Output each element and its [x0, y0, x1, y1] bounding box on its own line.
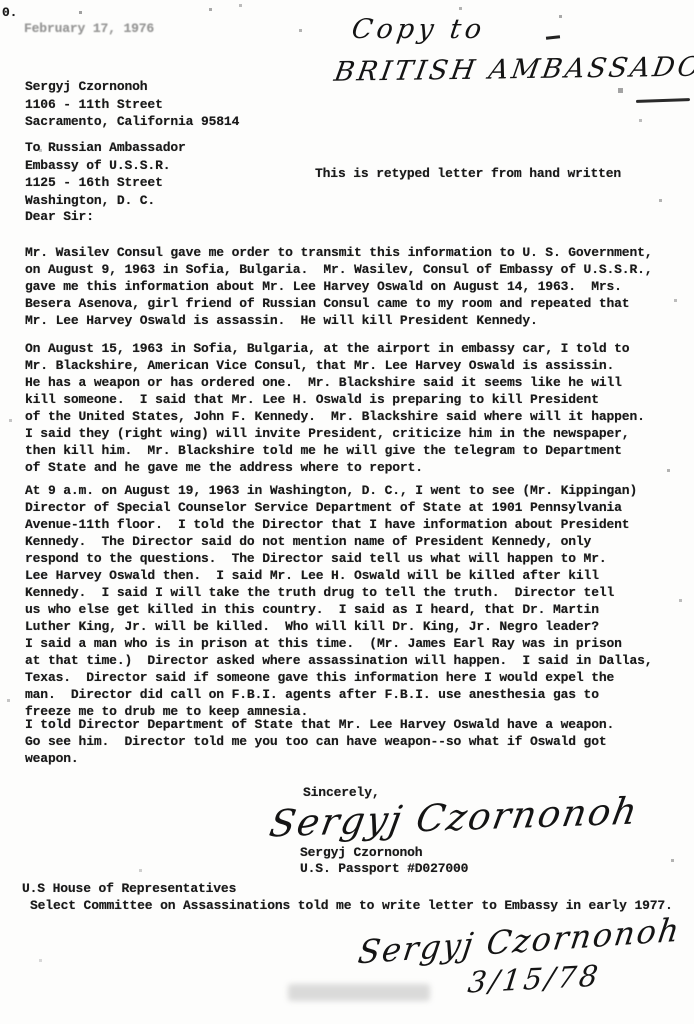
corner-mark: 0. — [2, 4, 17, 22]
recipient-line3: 1125 - 16th Street — [25, 175, 163, 190]
faded-date-line: February 17, 1976 — [24, 20, 154, 38]
handwritten-date-bottom: 3/15/78 — [466, 958, 603, 999]
recipient-line1: To Russian Ambassador — [25, 140, 186, 155]
underline-ink-mark — [636, 98, 690, 103]
stray-ink-mark — [546, 35, 560, 39]
recipient-line2: Embassy of U.S.S.R. — [25, 158, 170, 173]
salutation: Dear Sir: — [25, 208, 94, 226]
footer-line2: Select Committee on Assassinations told … — [30, 897, 673, 915]
body-paragraph-1: Mr. Wasilev Consul gave me order to tran… — [25, 244, 652, 329]
scan-speckles — [0, 0, 1, 1]
letter-page: 0. February 17, 1976 Copy to BRITISH AMB… — [0, 0, 694, 1024]
sender-name: Sergyj Czornonoh — [25, 79, 147, 94]
sender-city: Sacramento, California 95814 — [25, 114, 239, 129]
body-paragraph-4: I told Director Department of State that… — [25, 716, 614, 767]
closing-typed-name: Sergyj Czornonoh — [300, 844, 422, 862]
closing-passport-line: U.S. Passport #D027000 — [300, 860, 468, 878]
retyped-note: This is retyped letter from hand written — [315, 165, 621, 183]
body-paragraph-2: On August 15, 1963 in Sofia, Bulgaria, a… — [25, 340, 645, 476]
body-paragraph-3: At 9 a.m. on August 19, 1963 in Washingt… — [25, 482, 652, 720]
sender-address-block: Sergyj Czornonoh 1106 - 11th Street Sacr… — [25, 78, 239, 131]
sender-street: 1106 - 11th Street — [25, 97, 163, 112]
handwritten-copy-recipient: BRITISH AMBASSADOR — [332, 51, 694, 87]
recipient-line4: Washington, D. C. — [25, 193, 155, 208]
faint-stamp-smudge — [288, 984, 430, 1001]
recipient-address-block: To Russian Ambassador Embassy of U.S.S.R… — [25, 139, 186, 209]
handwritten-copy-note: Copy to — [350, 14, 487, 45]
footer-line1: U.S House of Representatives — [22, 880, 236, 898]
